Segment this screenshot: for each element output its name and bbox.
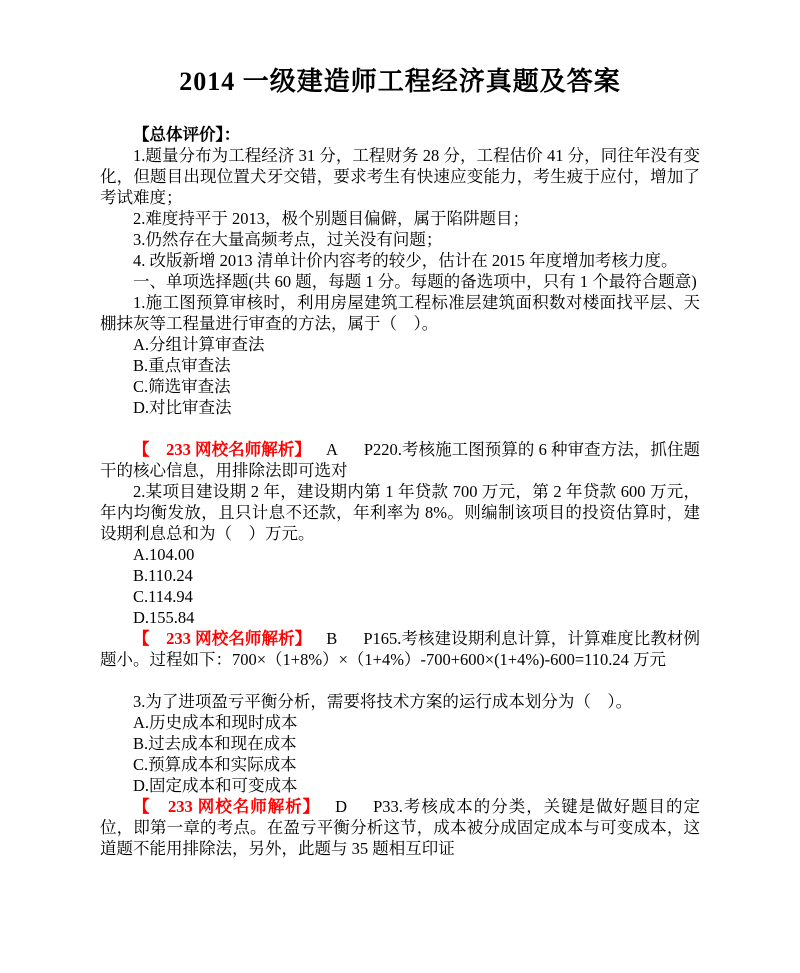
section-heading: 一、单项选择题(共 60 题，每题 1 分。每题的备选项中，只有 1 个最符合题… <box>100 271 700 292</box>
question-2-answer: B <box>311 629 363 648</box>
question-1-option-d: D.对比审查法 <box>100 397 700 418</box>
question-3-option-b: B.过去成本和现在成本 <box>100 733 700 754</box>
question-3-option-c: C.预算成本和实际成本 <box>100 754 700 775</box>
document-content: 2014 一级建造师工程经济真题及答案 【总体评价】： 1.题量分布为工程经济 … <box>0 66 800 859</box>
overall-point-3: 3.仍然存在大量高频考点，过关没有问题； <box>100 229 700 250</box>
analysis-brand-label: 【 233 网校名师解析】 <box>133 797 320 816</box>
question-2-analysis: 【 233 网校名师解析】BP165.考核建设期利息计算，计算难度比教材例题小。… <box>100 628 700 670</box>
blank-line <box>100 418 700 439</box>
blank-line <box>100 670 700 691</box>
document-page: 2014 一级建造师工程经济真题及答案 【总体评价】： 1.题量分布为工程经济 … <box>0 0 800 973</box>
question-1-stem: 1.施工图预算审核时，利用房屋建筑工程标准层建筑面积数对楼面找平层、天棚抹灰等工… <box>100 292 700 334</box>
question-3-option-d: D.固定成本和可变成本 <box>100 775 700 796</box>
overall-point-2: 2.难度持平于 2013，极个别题目偏僻，属于陷阱题目； <box>100 208 700 229</box>
overall-point-4: 4. 改版新增 2013 清单计价内容考的较少，估计在 2015 年度增加考核力… <box>100 250 700 271</box>
overall-point-1: 1.题量分布为工程经济 31 分，工程财务 28 分，工程估价 41 分，同往年… <box>100 145 700 208</box>
question-3-stem: 3.为了进项盈亏平衡分析，需要将技术方案的运行成本划分为（ ）。 <box>100 691 700 712</box>
question-3-analysis: 【 233 网校名师解析】DP33.考核成本的分类，关键是做好题目的定位，即第一… <box>100 796 700 859</box>
overall-evaluation-heading: 【总体评价】： <box>100 124 700 145</box>
analysis-brand-label: 【 233 网校名师解析】 <box>133 440 311 459</box>
question-2-stem: 2.某项目建设期 2 年，建设期内第 1 年贷款 700 万元，第 2 年贷款 … <box>100 481 700 544</box>
analysis-brand-label: 【 233 网校名师解析】 <box>133 629 311 648</box>
question-3-answer: D <box>320 797 373 816</box>
question-1-analysis: 【 233 网校名师解析】AP220.考核施工图预算的 6 种审查方法，抓住题干… <box>100 439 700 481</box>
question-1-answer: A <box>311 440 364 459</box>
question-2-option-a: A.104.00 <box>100 544 700 565</box>
question-3-option-a: A.历史成本和现时成本 <box>100 712 700 733</box>
question-2-option-d: D.155.84 <box>100 607 700 628</box>
page-title: 2014 一级建造师工程经济真题及答案 <box>100 66 700 97</box>
question-1-option-b: B.重点审查法 <box>100 355 700 376</box>
question-1-option-a: A.分组计算审查法 <box>100 334 700 355</box>
question-1-option-c: C.筛选审查法 <box>100 376 700 397</box>
question-2-option-b: B.110.24 <box>100 565 700 586</box>
question-2-option-c: C.114.94 <box>100 586 700 607</box>
